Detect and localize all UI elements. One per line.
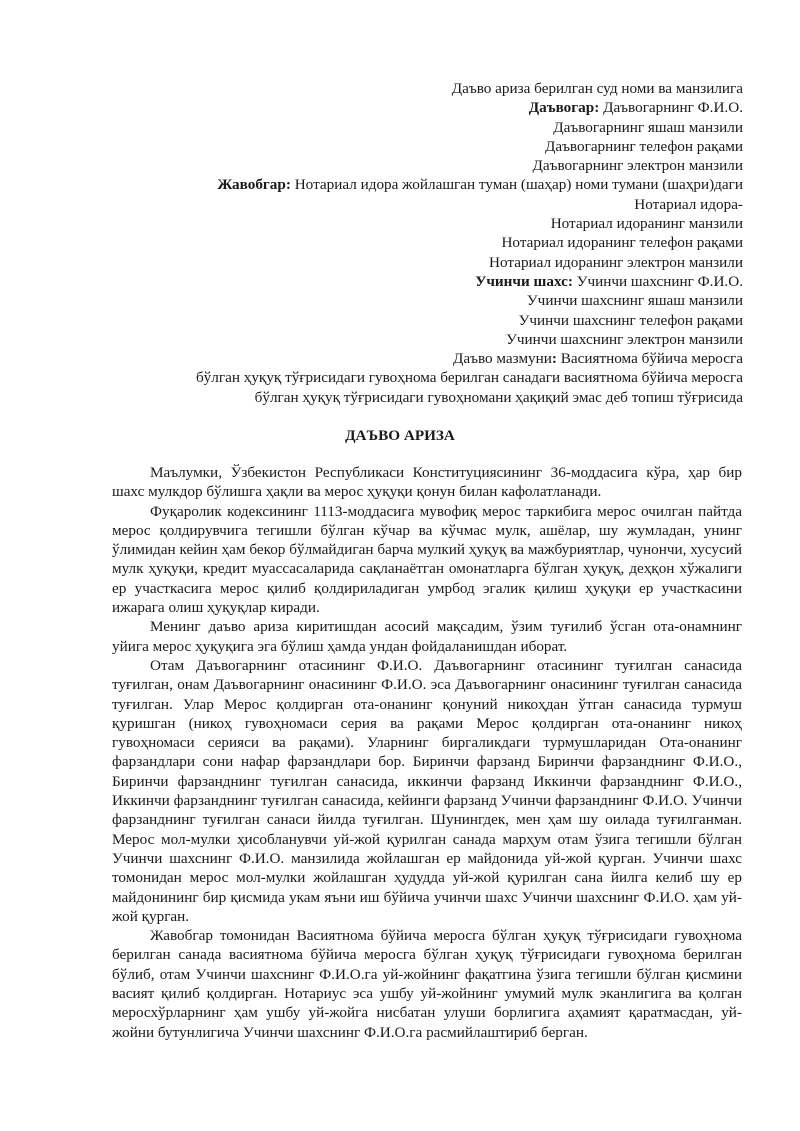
defendant-label: Жавобгар: <box>217 176 291 193</box>
subject-line-1: Даъво мазмуни: Васиятнома бўйича меросга <box>150 349 743 368</box>
paragraph: Фуқаролик кодексининг 1113-моддасига мув… <box>112 502 742 618</box>
court-line: Даъво ариза берилган суд номи ва манзили… <box>150 79 743 98</box>
plaintiff-label: Даъвогар: <box>529 99 600 116</box>
plaintiff-name: Даъвогарнинг Ф.И.О. <box>603 99 743 116</box>
paragraph: Жавобгар томонидан Васиятнома бўйича мер… <box>112 926 742 1042</box>
defendant-email: Нотариал идоранинг электрон манзили <box>150 253 743 272</box>
document-page: Даъво ариза берилган суд номи ва манзили… <box>0 0 800 1131</box>
third-party-phone: Учинчи шахснинг телефон рақами <box>150 311 743 330</box>
defendant-address: Нотариал идоранинг манзили <box>150 214 743 233</box>
plaintiff-address: Даъвогарнинг яшаш манзили <box>150 118 743 137</box>
third-party-label: Учинчи шахс: <box>475 273 573 290</box>
paragraph: Менинг даъво ариза киритишдан асосий мақ… <box>112 617 742 656</box>
third-party-name-line: Учинчи шахс: Учинчи шахснинг Ф.И.О. <box>150 272 743 291</box>
third-party-email: Учинчи шахснинг электрон манзили <box>150 330 743 349</box>
plaintiff-email: Даъвогарнинг электрон манзили <box>150 156 743 175</box>
document-body: Маълумки, Ўзбекистон Республикаси Консти… <box>112 463 742 1042</box>
paragraph: Маълумки, Ўзбекистон Республикаси Консти… <box>112 463 742 502</box>
third-party-name: Учинчи шахснинг Ф.И.О. <box>577 273 743 290</box>
document-title: ДАЪВО АРИЗА <box>0 427 800 445</box>
subject-colon: : <box>552 350 557 367</box>
third-party-address: Учинчи шахснинг яшаш манзили <box>150 291 743 310</box>
subject-label: Даъво мазмуни <box>453 350 552 367</box>
defendant-district: Нотариал идора жойлашган туман (шаҳар) н… <box>295 176 743 193</box>
defendant-district-line: Жавобгар: Нотариал идора жойлашган туман… <box>150 175 743 194</box>
plaintiff-name-line: Даъвогар: Даъвогарнинг Ф.И.О. <box>150 98 743 117</box>
subject-line-2: бўлган ҳуқуқ тўғрисидаги гувоҳнома берил… <box>150 368 743 387</box>
subject-text-1: Васиятнома бўйича меросга <box>561 350 743 367</box>
plaintiff-phone: Даъвогарнинг телефон рақами <box>150 137 743 156</box>
paragraph: Отам Даъвогарнинг отасининг Ф.И.О. Даъво… <box>112 656 742 926</box>
subject-line-3: бўлган ҳуқуқ тўғрисидаги гувоҳномани ҳақ… <box>150 388 743 407</box>
document-header: Даъво ариза берилган суд номи ва манзили… <box>150 79 743 407</box>
defendant-phone: Нотариал идоранинг телефон рақами <box>150 233 743 252</box>
defendant-office: Нотариал идора- <box>150 195 743 214</box>
